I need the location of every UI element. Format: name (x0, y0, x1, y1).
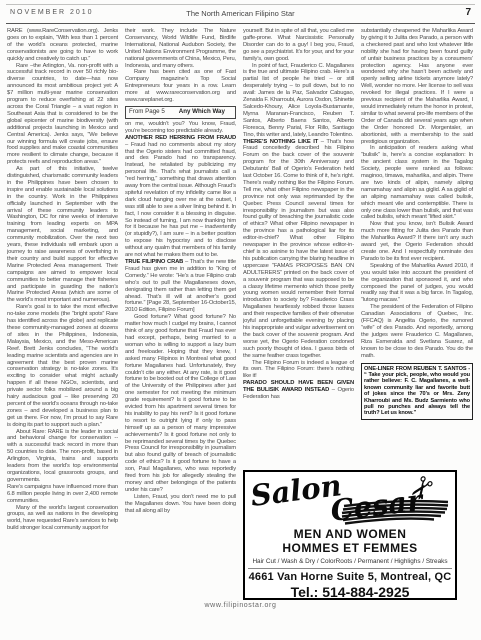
article-paragraph: TRUE FILIPINO CRAB – That’s the new titl… (125, 259, 236, 314)
article-paragraph: In point of fact, Frauderico C. Magallan… (243, 63, 354, 139)
article-paragraph: About Rare: RARE is the leader in social… (7, 429, 118, 484)
article-paragraph: THERE’S NOTHING LIKE IT – That’s how Fra… (243, 139, 354, 360)
ad-line-en: MEN AND WOMEN (245, 527, 455, 541)
article-paragraph: Rare –the Arlington, Va. non-profit with… (7, 63, 118, 167)
article-paragraph: Now that you know, isn’t Bulisik Award m… (361, 221, 473, 262)
newspaper-page: NOVEMBER 2010 The North American Filipin… (0, 0, 481, 640)
article-paragraph: In anticipation of readers asking what “… (361, 145, 473, 221)
article-paragraph: substantially cheapened the Maharlika Aw… (361, 28, 473, 145)
article-paragraph: Speaking of the Maharlika Award 2010, if… (361, 263, 473, 304)
ad-services: Hair Cut / Wash & Dry / ColorRoots / Per… (248, 558, 452, 569)
website-footer: www.filipinostar.org (0, 602, 481, 609)
article-paragraph: yourself. But in spite of all that, you … (243, 28, 354, 63)
ad-phone: Tel.: 514-884-2925 (245, 584, 455, 600)
article-paragraph: on me, wouldn’t you? You know, Fraud, yo… (125, 121, 236, 135)
column-2: their work. They include The Nature Cons… (125, 28, 236, 602)
paragraph-text: – That’s the new title Fraud has given m… (125, 259, 236, 313)
continued-from-box: From Page 5 Any Which Way (125, 106, 236, 119)
continued-article-title: Any Which Way (179, 109, 225, 116)
article-paragraph: their work. They include The Nature Cons… (125, 28, 236, 69)
article-paragraph: RARE (www.RareConservation.org). Jenks g… (7, 28, 118, 63)
one-liner-lead: ONE-LINER FROM REUBEN T. SANTOS (364, 366, 467, 372)
newspaper-title: The North American Filipino Star (0, 9, 481, 18)
salon-cesar-ad: Salon Cesar ✂ MEN AND WOMEN HOMMES ET FE… (243, 470, 457, 600)
section-head-true-filipino-crab: TRUE FILIPINO CRAB (125, 259, 183, 265)
article-paragraph: PARADO SHOULD HAVE BEEN GIVEN THE BULISI… (243, 380, 354, 401)
continued-from-label: From Page 5 (129, 109, 165, 116)
column-4: substantially cheapened the Maharlika Aw… (361, 28, 473, 470)
one-liner-text: - “ Take your pick, people, who would yo… (364, 366, 470, 417)
article-paragraph: ANOTHER RED HERRING FROM FRAUD – Fraud h… (125, 135, 236, 259)
article-paragraph: Many of the world’s largest conservation… (7, 505, 118, 533)
article-paragraph: As part of this initiative, twelve disti… (7, 166, 118, 304)
article-paragraph: The president of the Federation of Filip… (361, 304, 473, 359)
section-head-nothing-like-it: THERE’S NOTHING LIKE IT (243, 139, 318, 145)
article-paragraph: The Filipino Forum is indeed a league of… (243, 360, 354, 381)
article-paragraph: Listen, Fraud, you don’t need me to pull… (125, 494, 236, 515)
article-paragraph: Rare has been cited as one of Fast Compa… (125, 69, 236, 104)
paragraph-text: – That’s how Fraud conceitedly described… (243, 139, 354, 359)
article-paragraph: Rare’s goal is to take the most effectiv… (7, 304, 118, 428)
ad-address: 4661 Van Horne Suite 5, Montreal, QC (245, 571, 455, 583)
salon-cesar-logo: Salon Cesar ✂ (248, 473, 452, 527)
header-rule (6, 23, 475, 24)
one-liner-box: ONE-LINER FROM REUBEN T. SANTOS - “ Take… (361, 363, 473, 420)
brand-word-salon: Salon (249, 473, 344, 513)
top-rule (6, 4, 475, 5)
article-paragraph: Rare’s campaigns have influenced more th… (7, 484, 118, 505)
column-1: RARE (www.RareConservation.org). Jenks g… (7, 28, 118, 602)
page-number: 7 (465, 7, 471, 18)
article-paragraph: Good fortune? What good fortune? No matt… (125, 314, 236, 494)
column-3: yourself. But in spite of all that, you … (243, 28, 354, 466)
section-head-red-herring: ANOTHER RED HERRING FROM FRAUD (125, 135, 236, 141)
ad-line-fr: HOMMES ET FEMMES (245, 541, 455, 555)
paragraph-text: – Fraud had no comments about my story t… (125, 142, 236, 259)
